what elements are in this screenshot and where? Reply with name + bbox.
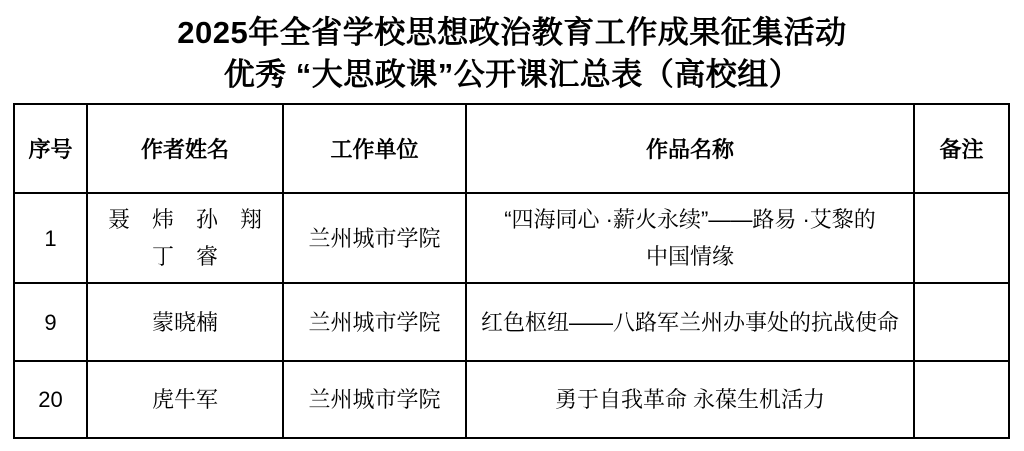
cell-work: 红色枢纽——八路军兰州办事处的抗战使命: [466, 283, 914, 361]
title-line-1: 2025年全省学校思想政治教育工作成果征集活动: [0, 12, 1024, 54]
col-header-seq: 序号: [14, 104, 87, 193]
cell-note: [914, 283, 1009, 361]
summary-table: 序号 作者姓名 工作单位 作品名称 备注 1 聂 炜 孙 翔 丁 睿 兰州城市学…: [13, 103, 1010, 439]
table-row: 9 蒙晓楠 兰州城市学院 红色枢纽——八路军兰州办事处的抗战使命: [14, 283, 1009, 361]
cell-authors: 蒙晓楠: [87, 283, 283, 361]
cell-seq: 20: [14, 361, 87, 438]
cell-note: [914, 361, 1009, 438]
cell-note: [914, 193, 1009, 283]
table-row: 1 聂 炜 孙 翔 丁 睿 兰州城市学院 “四海同心 ·薪火永续”——路易 ·艾…: [14, 193, 1009, 283]
document-title: 2025年全省学校思想政治教育工作成果征集活动 优秀 “大思政课”公开课汇总表（…: [0, 12, 1024, 96]
document-page: 2025年全省学校思想政治教育工作成果征集活动 优秀 “大思政课”公开课汇总表（…: [0, 0, 1024, 451]
cell-unit: 兰州城市学院: [283, 193, 466, 283]
col-header-note: 备注: [914, 104, 1009, 193]
table-header-row: 序号 作者姓名 工作单位 作品名称 备注: [14, 104, 1009, 193]
title-line-2: 优秀 “大思政课”公开课汇总表（高校组）: [0, 54, 1024, 96]
cell-authors: 虎牛军: [87, 361, 283, 438]
cell-unit: 兰州城市学院: [283, 283, 466, 361]
cell-authors: 聂 炜 孙 翔 丁 睿: [87, 193, 283, 283]
cell-work: “四海同心 ·薪火永续”——路易 ·艾黎的 中国情缘: [466, 193, 914, 283]
table-row: 20 虎牛军 兰州城市学院 勇于自我革命 永葆生机活力: [14, 361, 1009, 438]
col-header-unit: 工作单位: [283, 104, 466, 193]
cell-work: 勇于自我革命 永葆生机活力: [466, 361, 914, 438]
cell-seq: 1: [14, 193, 87, 283]
col-header-work: 作品名称: [466, 104, 914, 193]
cell-seq: 9: [14, 283, 87, 361]
col-header-authors: 作者姓名: [87, 104, 283, 193]
cell-unit: 兰州城市学院: [283, 361, 466, 438]
